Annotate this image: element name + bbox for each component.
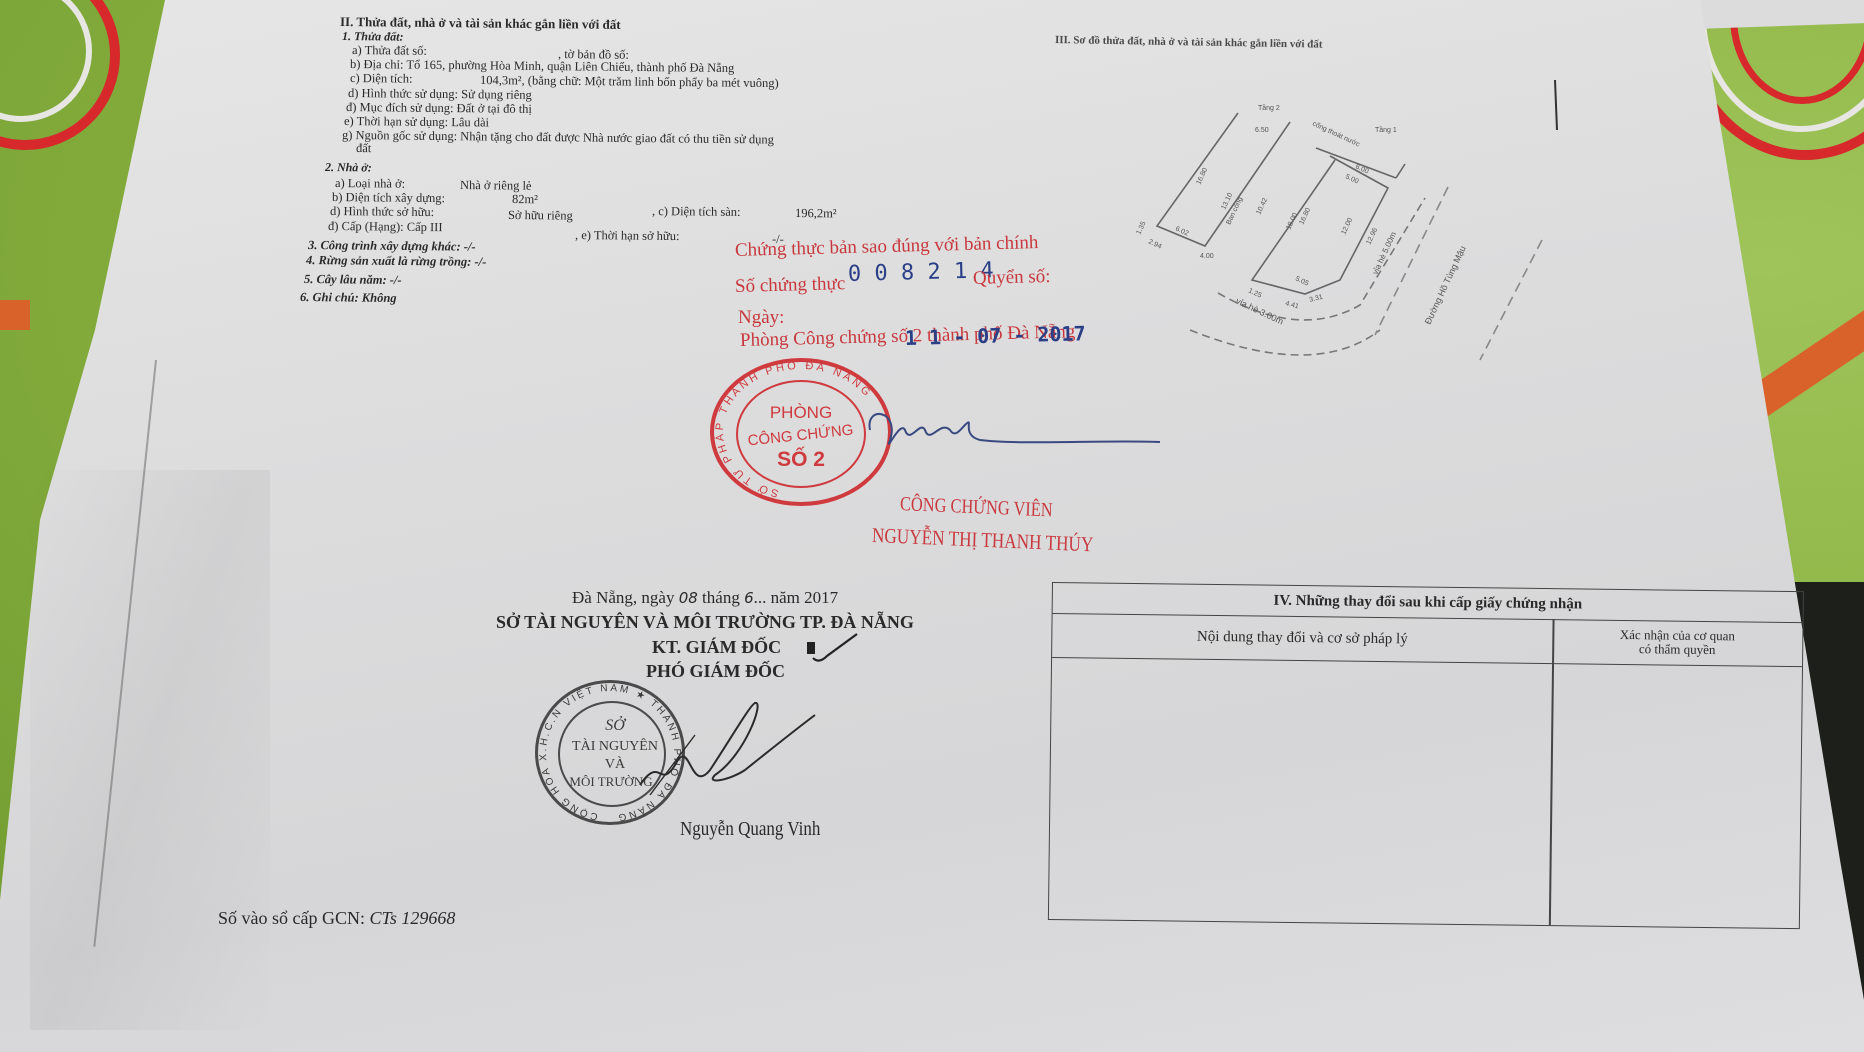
land-origin-cont: đất — [356, 141, 371, 156]
notes: 6. Ghi chú: Không — [300, 290, 397, 306]
perennial-trees: 5. Cây lâu năm: -/- — [304, 272, 402, 288]
dim-label: 5.00 — [1344, 173, 1359, 185]
gcn-value: CTs 129668 — [370, 908, 456, 928]
dim-label: 4.00 — [1200, 253, 1214, 260]
dim-label: 6.50 — [1255, 127, 1269, 134]
notary-signature — [860, 400, 1170, 460]
house-floor-area-label: , c) Diện tích sàn: — [652, 204, 741, 220]
other-constructions: 3. Công trình xây dựng khác: -/- — [308, 238, 476, 255]
floor-2-label: Tầng 2 — [1258, 103, 1280, 112]
drain-label: cống thoát nước — [1311, 119, 1362, 149]
dim-label: 5.05 — [1294, 275, 1309, 287]
signing-date: Đà Nẵng, ngày 08 tháng 6... năm 2017 — [572, 588, 838, 608]
house-ownership-value: Sở hữu riêng — [508, 208, 573, 224]
fold-shadow — [30, 470, 270, 1030]
signer-name: Nguyễn Quang Vinh — [680, 818, 820, 841]
planted-forest: 4. Rừng sản xuất là rừng trồng: -/- — [306, 253, 486, 270]
seal-line-2: CÔNG CHỨNG — [747, 422, 854, 450]
column-header-confirmation: Xác nhận của cơ quan có thẩm quyền — [1552, 619, 1803, 666]
certification-number-label: Số chứng thực — [735, 273, 846, 298]
street-label: Đường Hồ Tùng Mậu — [1423, 244, 1468, 326]
gcn-label: Số vào sổ cấp GCN: — [218, 908, 365, 928]
column-header-content: Nội dung thay đổi và cơ sở pháp lý — [1052, 613, 1553, 663]
director-signature — [620, 695, 820, 805]
book-number-label: Quyển số: — [973, 266, 1051, 290]
house-ownership-label: d) Hình thức sở hữu: — [330, 204, 434, 220]
decor-band — [0, 300, 30, 330]
land-plot-diagram: Tầng 2 Tầng 1 cống thoát nước Ban công v… — [1130, 80, 1570, 380]
column-divider — [1549, 619, 1554, 925]
seal-line-1: PHÒNG — [770, 403, 832, 422]
dim-label: 1.35 — [1135, 220, 1147, 235]
house-heading: 2. Nhà ở: — [325, 160, 372, 175]
dim-label: 12.00 — [1340, 217, 1354, 236]
signing-month: 6 — [744, 589, 754, 607]
signing-year: năm 2017 — [771, 588, 839, 607]
dim-label: 3.31 — [1309, 294, 1324, 304]
issuing-agency: SỞ TÀI NGUYÊN VÀ MÔI TRƯỜNG TP. ĐÀ NẴNG — [496, 612, 914, 633]
dim-label: 18.00 — [1285, 212, 1299, 231]
signing-date-prefix: Đà Nẵng, ngày — [572, 588, 674, 607]
signer-role-1: KT. GIÁM ĐỐC — [652, 637, 781, 658]
signer-role-2: PHÓ GIÁM ĐỐC — [646, 661, 785, 682]
seal-line-3: SỐ 2 — [777, 447, 825, 471]
check-mark-icon — [805, 632, 860, 667]
house-floor-area-value: 196,2m² — [795, 206, 837, 221]
signing-month-label: tháng — [702, 588, 740, 607]
front-sidewalk-label: vỉa hè 3.00m — [1234, 296, 1285, 327]
land-area-label: c) Diện tích: — [350, 71, 413, 87]
floor-1-label: Tầng 1 — [1375, 125, 1397, 134]
dim-label: 12.96 — [1365, 227, 1379, 246]
dim-label: 2.94 — [1147, 238, 1162, 250]
dim-label: 10.42 — [1255, 197, 1269, 216]
signing-day: 08 — [679, 589, 698, 607]
changes-table: IV. Những thay đổi sau khi cấp giấy chứn… — [1048, 582, 1804, 929]
column-header-confirmation-line2: có thẩm quyền — [1639, 642, 1716, 657]
gcn-register: Số vào sổ cấp GCN: CTs 129668 — [218, 908, 455, 929]
certification-date-label: Ngày: — [738, 307, 784, 329]
dim-label: 1.25 — [1247, 287, 1262, 299]
certification-date: 1 1 - 07 - 2017 — [905, 321, 1086, 350]
house-ownership-term-label: , e) Thời hạn sở hữu: — [575, 228, 680, 244]
house-grade: đ) Cấp (Hạng): Cấp III — [328, 219, 443, 235]
dim-label: 4.41 — [1284, 300, 1299, 310]
house-build-area-value: 82m² — [512, 192, 538, 207]
